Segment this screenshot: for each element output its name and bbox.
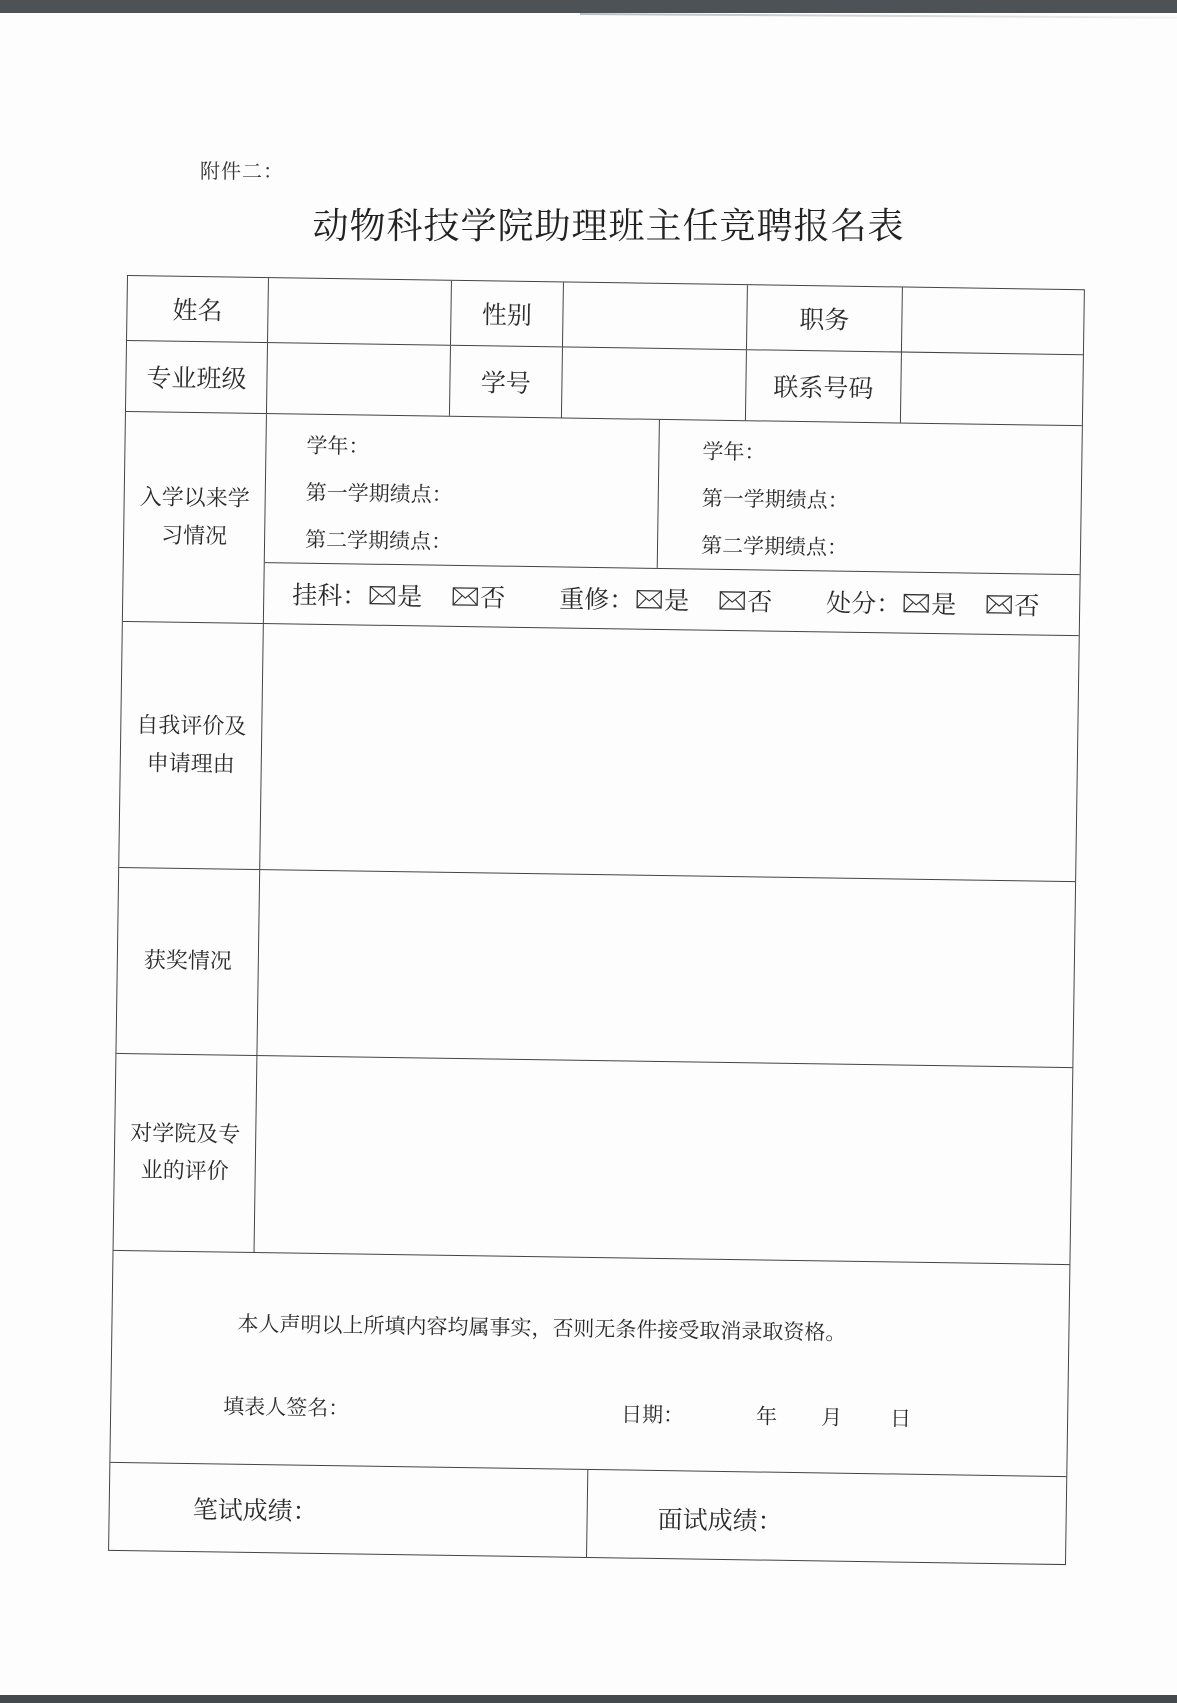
option-yes-label: 是 xyxy=(397,577,423,613)
self-evaluation-label: 自我评价及 申请理由 xyxy=(119,622,264,869)
date-day-unit: 日 xyxy=(890,1402,911,1432)
envelope-box-icon xyxy=(636,589,662,608)
failed-course-no-checkbox[interactable]: 否 xyxy=(452,578,506,615)
academic-record-label: 入学以来学 习情况 xyxy=(123,412,267,623)
academic-year-label: 学年： xyxy=(306,423,659,475)
semester2-gpa-label: 第二学期绩点： xyxy=(305,517,658,569)
failed-course-label: 挂科： xyxy=(292,575,368,612)
position-label: 职务 xyxy=(747,285,903,351)
semester1-gpa-label: 第一学期绩点： xyxy=(305,470,658,522)
disciplinary-flag: 处分： 是 否 xyxy=(826,583,1040,622)
college-evaluation-label-line: 对学院及专 xyxy=(130,1115,241,1154)
phone-label: 联系号码 xyxy=(746,350,902,422)
awards-field[interactable] xyxy=(257,870,1075,1067)
option-yes-label: 是 xyxy=(664,581,690,617)
date-field[interactable]: 日期： 年 月 日 xyxy=(621,1398,911,1432)
academic-record-section: 入学以来学 习情况 学年： 第一学期绩点： 第二学期绩点： 学年： 第一学期绩点… xyxy=(123,412,1082,636)
position-field[interactable] xyxy=(902,288,1084,355)
document-page: 附件二： 动物科技学院助理班主任竞聘报名表 姓名 性别 职务 专业班级 学号 联… xyxy=(0,0,1177,1703)
date-year-unit: 年 xyxy=(756,1400,777,1430)
academic-label-line: 习情况 xyxy=(139,517,250,556)
written-score-field[interactable]: 笔试成绩： xyxy=(109,1463,588,1557)
option-no-label: 否 xyxy=(480,578,506,614)
retake-label: 重修： xyxy=(559,579,635,616)
awards-label: 获奖情况 xyxy=(116,868,260,1055)
college-evaluation-label-line: 业的评价 xyxy=(129,1152,240,1191)
semester2-gpa-label: 第二学期绩点： xyxy=(701,523,1081,576)
self-evaluation-section: 自我评价及 申请理由 xyxy=(119,622,1079,882)
scores-section: 笔试成绩： 面试成绩： xyxy=(109,1463,1066,1564)
academic-year-block[interactable]: 学年： 第一学期绩点： 第二学期绩点： xyxy=(658,420,1082,574)
failed-course-flag: 挂科： 是 否 xyxy=(292,575,506,614)
college-evaluation-label: 对学院及专 业的评价 xyxy=(114,1054,258,1252)
college-evaluation-section: 对学院及专 业的评价 xyxy=(114,1054,1073,1265)
application-form-table: 姓名 性别 职务 专业班级 学号 联系号码 入学以来学 习情况 xyxy=(108,275,1085,1565)
major-class-label: 专业班级 xyxy=(126,341,268,413)
student-id-label: 学号 xyxy=(450,346,563,418)
option-no-label: 否 xyxy=(747,582,773,618)
awards-section: 获奖情况 xyxy=(116,868,1075,1068)
envelope-box-icon xyxy=(452,586,478,605)
phone-field[interactable] xyxy=(901,353,1083,426)
attachment-label: 附件二： xyxy=(200,155,284,184)
envelope-box-icon xyxy=(369,585,395,604)
name-label: 姓名 xyxy=(127,276,269,342)
declaration-statement: 本人声明以上所填内容均属事实，否则无条件接受取消录取资格。 xyxy=(237,1308,846,1347)
college-evaluation-field[interactable] xyxy=(255,1056,1073,1264)
major-class-field[interactable] xyxy=(267,343,451,416)
date-label: 日期： xyxy=(621,1398,684,1429)
awards-label-line: 获奖情况 xyxy=(144,942,233,981)
academic-flags-row: 挂科： 是 否 重修： 是 xyxy=(264,563,1080,635)
retake-flag: 重修： 是 否 xyxy=(559,579,773,618)
academic-year-label: 学年： xyxy=(702,429,1082,482)
academic-years: 学年： 第一学期绩点： 第二学期绩点： 学年： 第一学期绩点： 第二学期绩点： xyxy=(265,414,1082,575)
retake-yes-checkbox[interactable]: 是 xyxy=(636,581,690,618)
gender-label: 性别 xyxy=(451,281,564,347)
disciplinary-label: 处分： xyxy=(826,583,902,620)
student-id-field[interactable] xyxy=(562,347,747,420)
interview-score-field[interactable]: 面试成绩： xyxy=(587,1470,1066,1564)
self-evaluation-field[interactable] xyxy=(260,624,1079,881)
date-month-unit: 月 xyxy=(821,1401,842,1431)
declaration-section: 本人声明以上所填内容均属事实，否则无条件接受取消录取资格。 填表人签名： 日期：… xyxy=(110,1251,1069,1477)
failed-course-yes-checkbox[interactable]: 是 xyxy=(369,577,423,614)
academic-year-block[interactable]: 学年： 第一学期绩点： 第二学期绩点： xyxy=(265,414,660,568)
envelope-box-icon xyxy=(903,593,929,612)
academic-label-line: 入学以来学 xyxy=(139,479,250,518)
self-evaluation-label-line: 自我评价及 xyxy=(136,707,247,746)
self-evaluation-label-line: 申请理由 xyxy=(135,745,246,784)
viewer-bottom-bar xyxy=(0,1695,1177,1703)
envelope-box-icon xyxy=(719,590,745,609)
option-yes-label: 是 xyxy=(931,585,957,621)
envelope-box-icon xyxy=(986,594,1012,613)
disciplinary-yes-checkbox[interactable]: 是 xyxy=(903,585,957,622)
retake-no-checkbox[interactable]: 否 xyxy=(719,582,773,619)
name-field[interactable] xyxy=(268,278,452,345)
signature-field[interactable]: 填表人签名： xyxy=(223,1391,349,1423)
academic-record-content: 学年： 第一学期绩点： 第二学期绩点： 学年： 第一学期绩点： 第二学期绩点： … xyxy=(264,414,1082,635)
semester1-gpa-label: 第一学期绩点： xyxy=(701,476,1081,529)
option-no-label: 否 xyxy=(1014,586,1040,622)
disciplinary-no-checkbox[interactable]: 否 xyxy=(986,586,1040,623)
page-title: 动物科技学院助理班主任竞聘报名表 xyxy=(0,198,1177,249)
gender-field[interactable] xyxy=(563,282,748,349)
